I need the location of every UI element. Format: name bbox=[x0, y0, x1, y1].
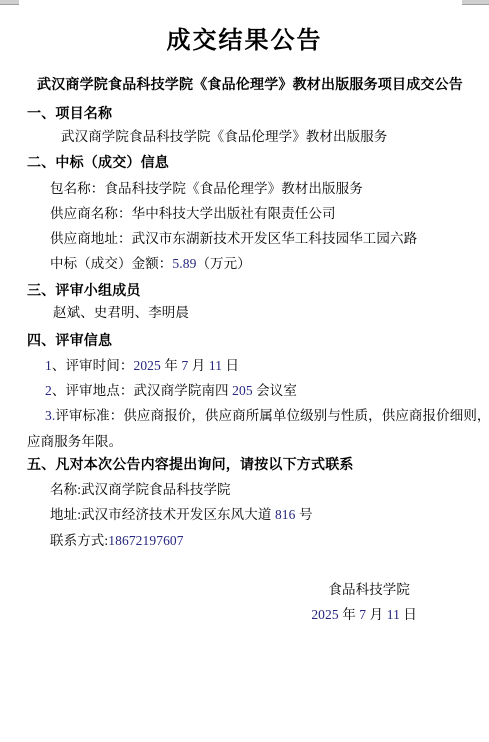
text-segment: 中标（成交）金额： bbox=[50, 256, 172, 271]
review-criteria-line-2: 应商服务年限。 bbox=[27, 434, 122, 450]
doc-subtitle: 武汉商学院食品科技学院《食品伦理学》教材出版服务项目成交公告 bbox=[37, 76, 463, 92]
number-text: 3. bbox=[45, 408, 55, 423]
number-text: 5.89 bbox=[172, 256, 196, 271]
text-segment: 月 bbox=[188, 358, 209, 373]
text-segment: 会议室 bbox=[253, 383, 297, 398]
contact-address-line: 地址:武汉市经济技术开发区东风大道 816 号 bbox=[50, 507, 313, 523]
number-text: 2025 bbox=[311, 607, 338, 622]
signature-org: 食品科技学院 bbox=[328, 582, 410, 598]
text-segment: 联系方式: bbox=[50, 533, 108, 548]
number-text: 11 bbox=[209, 358, 222, 373]
section-1-heading: 一、项目名称 bbox=[27, 105, 112, 121]
document-page: 成交结果公告 武汉商学院食品科技学院《食品伦理学》教材出版服务项目成交公告 一、… bbox=[0, 0, 489, 742]
review-panel-members: 赵斌、史君明、李明晨 bbox=[53, 305, 189, 321]
text-segment: 评审标准：供应商报价，供应商所属单位级别与性质，供应商报价细则，供 bbox=[55, 408, 489, 423]
text-segment: 地址:武汉市经济技术开发区东风大道 bbox=[50, 507, 275, 522]
doc-title: 成交结果公告 bbox=[0, 28, 489, 54]
package-name-line: 包名称：食品科技学院《食品伦理学》教材出版服务 bbox=[50, 181, 363, 197]
text-segment: 年 bbox=[339, 607, 360, 622]
text-segment: 、评审地点：武汉商学院南四 bbox=[52, 383, 232, 398]
text-segment: 年 bbox=[161, 358, 182, 373]
number-text: 816 bbox=[275, 507, 296, 522]
section-5-heading: 五、凡对本次公告内容提出询问，请按以下方式联系 bbox=[27, 456, 354, 472]
number-text: 205 bbox=[232, 383, 253, 398]
number-text: 18672197607 bbox=[108, 533, 183, 548]
text-segment: 月 bbox=[366, 607, 387, 622]
text-segment: 日 bbox=[222, 358, 239, 373]
page-edge-artifact-right bbox=[462, 0, 489, 5]
text-segment: 、评审时间： bbox=[52, 358, 134, 373]
supplier-address-line: 供应商地址：武汉市东湖新技术开发区华工科技园华工园六路 bbox=[50, 231, 417, 247]
review-time-line: 1、评审时间：2025 年 7 月 11 日 bbox=[45, 358, 239, 374]
page-edge-artifact-left bbox=[0, 0, 19, 5]
review-criteria-line-1: 3.评审标准：供应商报价，供应商所属单位级别与性质，供应商报价细则，供 bbox=[45, 408, 489, 424]
number-text: 2 bbox=[45, 383, 52, 398]
signature-date: 2025 年 7 月 11 日 bbox=[311, 607, 417, 623]
number-text: 11 bbox=[387, 607, 400, 622]
section-2-heading: 二、中标（成交）信息 bbox=[27, 154, 169, 170]
section-1-body: 武汉商学院食品科技学院《食品伦理学》教材出版服务 bbox=[61, 129, 387, 145]
text-segment: 号 bbox=[296, 507, 313, 522]
section-4-heading: 四、评审信息 bbox=[27, 332, 112, 348]
section-3-heading: 三、评审小组成员 bbox=[27, 282, 141, 298]
number-text: 1 bbox=[45, 358, 52, 373]
award-amount-line: 中标（成交）金额：5.89（万元） bbox=[50, 256, 251, 272]
text-segment: 日 bbox=[400, 607, 417, 622]
contact-name-line: 名称:武汉商学院食品科技学院 bbox=[50, 482, 231, 498]
contact-phone-line: 联系方式:18672197607 bbox=[50, 533, 184, 549]
review-place-line: 2、评审地点：武汉商学院南四 205 会议室 bbox=[45, 383, 297, 399]
text-segment: （万元） bbox=[196, 256, 250, 271]
supplier-name-line: 供应商名称：华中科技大学出版社有限责任公司 bbox=[50, 206, 336, 222]
number-text: 2025 bbox=[133, 358, 160, 373]
